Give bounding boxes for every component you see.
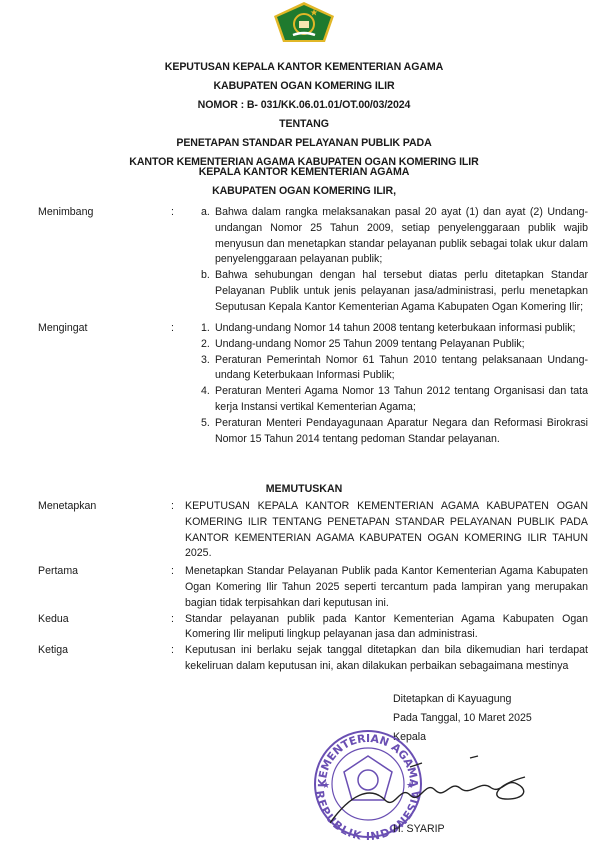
section-label: Menimbang xyxy=(38,205,171,316)
svg-text:★: ★ xyxy=(322,780,330,790)
memutuskan-heading: MEMUTUSKAN xyxy=(0,483,608,495)
list-item: a. Bahwa dalam rangka melaksanakan pasal… xyxy=(201,205,588,268)
section-label: Pertama xyxy=(38,564,171,611)
decision-kedua: Kedua : Standar pelayanan publik pada Ka… xyxy=(38,612,588,644)
list-item: 1. Undang-undang Nomor 14 tahun 2008 ten… xyxy=(201,321,588,337)
kemenag-logo-icon xyxy=(271,1,337,43)
decision-text: Keputusan ini berlaku sejak tanggal dite… xyxy=(185,643,588,675)
menimbang-section: Menimbang : a. Bahwa dalam rangka melaks… xyxy=(38,205,588,316)
decisions-section: Menetapkan : KEPUTUSAN KEPALA KANTOR KEM… xyxy=(38,499,588,675)
colon: : xyxy=(171,564,185,611)
section-label: Ketiga xyxy=(38,643,171,675)
signing-date: Pada Tanggal, 10 Maret 2025 xyxy=(393,709,532,728)
header-line: KEPUTUSAN KEPALA KANTOR KEMENTERIAN AGAM… xyxy=(0,58,608,77)
signer-name: H. SYARIP xyxy=(393,823,445,835)
colon: : xyxy=(171,499,185,562)
header-line: KABUPATEN OGAN KOMERING ILIR xyxy=(0,77,608,96)
colon: : xyxy=(171,643,185,675)
mengingat-section: Mengingat : 1. Undang-undang Nomor 14 ta… xyxy=(38,321,588,447)
section-label: Menetapkan xyxy=(38,499,171,562)
section-label: Mengingat xyxy=(38,321,171,447)
issuer-line: KABUPATEN OGAN KOMERING ILIR, xyxy=(0,182,608,201)
decision-ketiga: Ketiga : Keputusan ini berlaku sejak tan… xyxy=(38,643,588,675)
decision-text: Menetapkan Standar Pelayanan Publik pada… xyxy=(185,564,588,611)
colon: : xyxy=(171,321,185,447)
header-line: PENETAPAN STANDAR PELAYANAN PUBLIK PADA xyxy=(0,134,608,153)
signing-place: Ditetapkan di Kayuagung xyxy=(393,690,532,709)
document-number: NOMOR : B- 031/KK.06.01.01/OT.00/03/2024 xyxy=(0,96,608,115)
issuer-heading: KEPALA KANTOR KEMENTERIAN AGAMA KABUPATE… xyxy=(0,163,608,201)
section-label: Kedua xyxy=(38,612,171,644)
list-item: b. Bahwa sehubungan dengan hal tersebut … xyxy=(201,268,588,315)
decision-text: KEPUTUSAN KEPALA KANTOR KEMENTERIAN AGAM… xyxy=(185,499,588,562)
header-line: TENTANG xyxy=(0,115,608,134)
colon: : xyxy=(171,205,185,316)
decision-text: Standar pelayanan publik pada Kantor Kem… xyxy=(185,612,588,644)
list-item: 3. Peraturan Pemerintah Nomor 61 Tahun 2… xyxy=(201,353,588,385)
list-item: 2. Undang-undang Nomor 25 Tahun 2009 ten… xyxy=(201,337,588,353)
list-item: 4. Peraturan Menteri Agama Nomor 13 Tahu… xyxy=(201,384,588,416)
decision-pertama: Pertama : Menetapkan Standar Pelayanan P… xyxy=(38,564,588,611)
signature-scribble-icon xyxy=(330,755,560,825)
list-item: 5. Peraturan Menteri Pendayagunaan Apara… xyxy=(201,416,588,448)
document-header: KEPUTUSAN KEPALA KANTOR KEMENTERIAN AGAM… xyxy=(0,58,608,172)
decision-menetapkan: Menetapkan : KEPUTUSAN KEPALA KANTOR KEM… xyxy=(38,499,588,562)
colon: : xyxy=(171,612,185,644)
issuer-line: KEPALA KANTOR KEMENTERIAN AGAMA xyxy=(0,163,608,182)
